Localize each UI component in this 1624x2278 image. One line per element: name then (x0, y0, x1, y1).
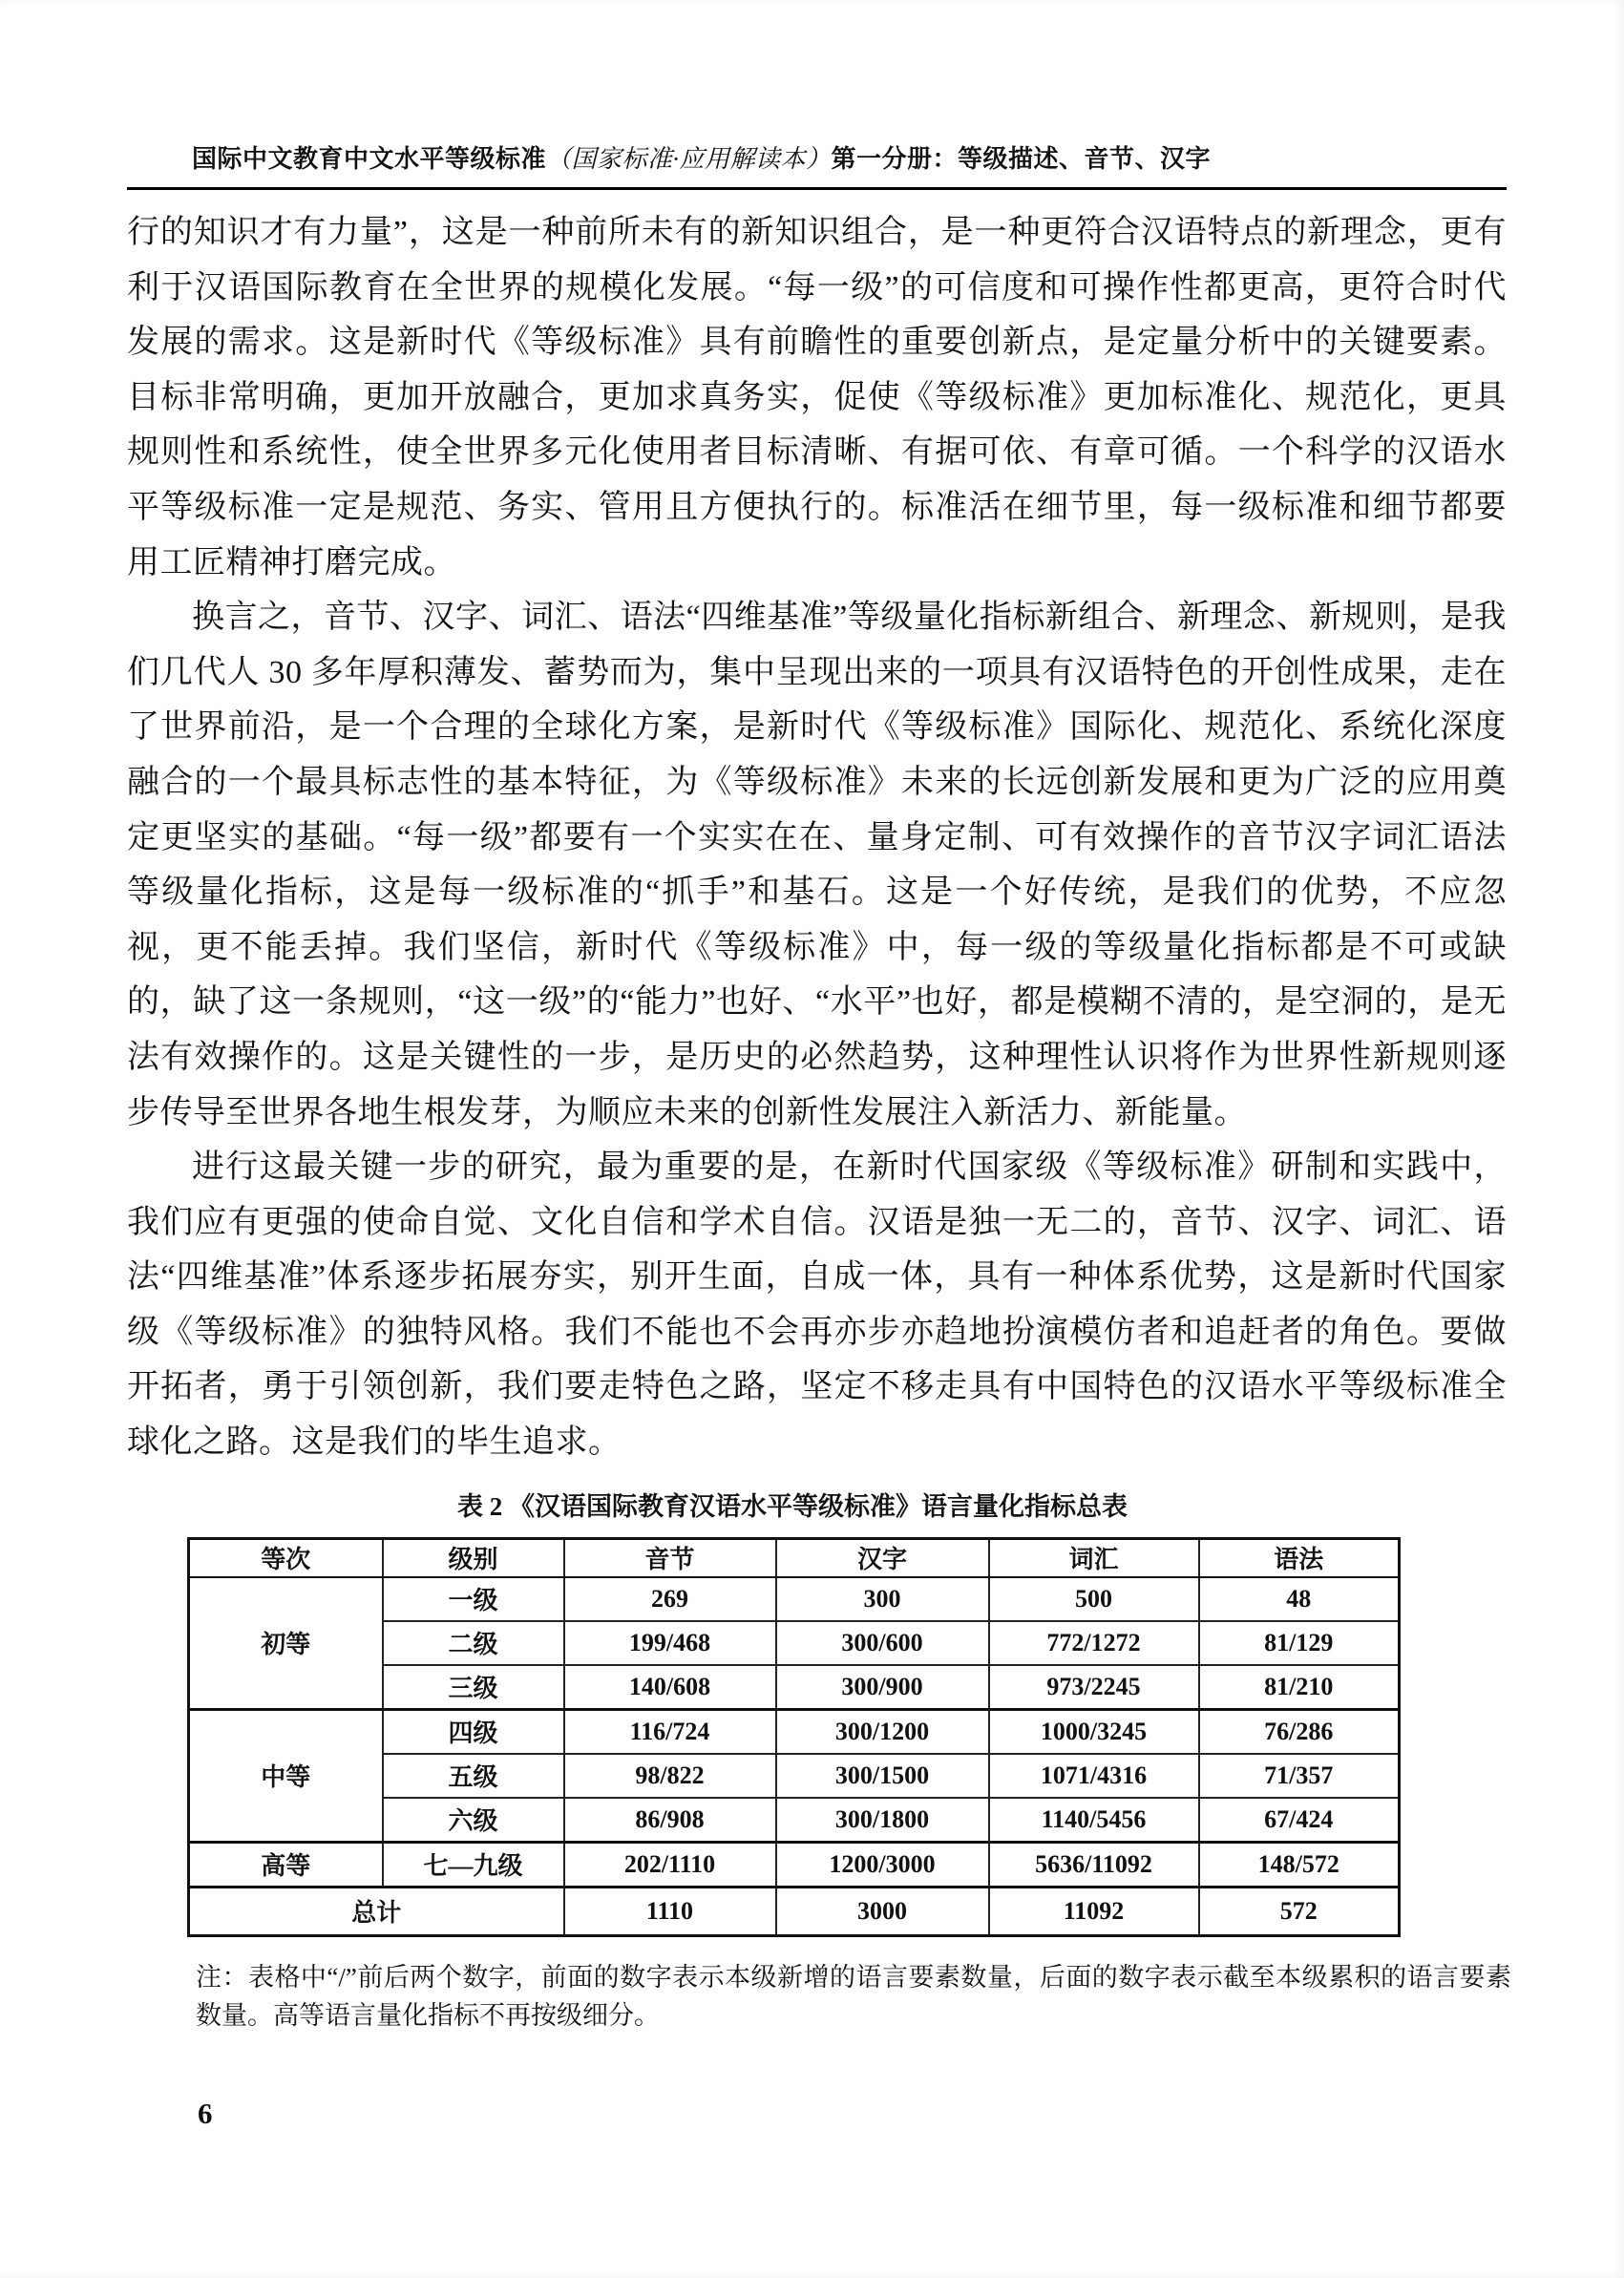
table-cell-characters: 300/1200 (776, 1709, 989, 1754)
table-cell-grammar: 71/357 (1199, 1754, 1400, 1798)
table-cell-words: 1140/5456 (989, 1798, 1199, 1843)
level-cell: 四级 (383, 1709, 564, 1754)
running-head-title-paren: （国家标准·应用解读本） (546, 145, 832, 173)
table-row-total: 总计 1110 3000 11092 572 (189, 1887, 1400, 1935)
level-cell: 五级 (383, 1754, 564, 1798)
table-cell-words: 973/2245 (989, 1665, 1199, 1710)
table-row-level1: 初等 一级 269 300 500 48 (189, 1577, 1400, 1621)
table-cell-syllables: 98/822 (564, 1754, 776, 1798)
table-cell-characters: 300/900 (776, 1665, 989, 1710)
body-paragraph-1: 行的知识才有力量”，这是一种前所未有的新知识组合，是一种更符合汉语特点的新理念，… (127, 205, 1507, 590)
table-cell-words: 772/1272 (989, 1621, 1199, 1665)
table-cell-grammar: 148/572 (1199, 1842, 1400, 1887)
body-paragraph-2: 换言之，音节、汉字、词汇、语法“四维基准”等级量化指标新组合、新理念、新规则，是… (127, 590, 1507, 1140)
table-cell-grammar: 81/210 (1199, 1665, 1400, 1710)
table-footnote: 注：表格中“/”前后两个数字，前面的数字表示本级新增的语言要素数量，后面的数字表… (196, 1958, 1511, 2035)
running-head: 国际中文教育中文水平等级标准（国家标准·应用解读本）第一分册：等级描述、音节、汉… (127, 143, 1507, 190)
table-cell-syllables: 269 (564, 1577, 776, 1621)
tier-cell-elementary: 初等 (189, 1577, 383, 1710)
table-cell-syllables: 199/468 (564, 1621, 776, 1665)
level-cell: 三级 (383, 1665, 564, 1710)
total-cell-characters: 3000 (776, 1887, 989, 1935)
table-cell-characters: 300/600 (776, 1621, 989, 1665)
level-cell: 一级 (383, 1577, 564, 1621)
table-row-level4: 中等 四级 116/724 300/1200 1000/3245 76/286 (189, 1709, 1400, 1754)
total-cell-words: 11092 (989, 1887, 1199, 1935)
body-text: 行的知识才有力量”，这是一种前所未有的新知识组合，是一种更符合汉语特点的新理念，… (127, 205, 1507, 1470)
table-cell-grammar: 76/286 (1199, 1709, 1400, 1754)
table-cell-characters: 1200/3000 (776, 1842, 989, 1887)
table-cell-words: 1071/4316 (989, 1754, 1199, 1798)
tier-cell-advanced: 高等 (189, 1842, 383, 1887)
table-cell-syllables: 86/908 (564, 1798, 776, 1843)
table-cell-words: 500 (989, 1577, 1199, 1621)
table-cell-syllables: 116/724 (564, 1709, 776, 1754)
table-cell-grammar: 81/129 (1199, 1621, 1400, 1665)
level-cell: 七—九级 (383, 1842, 564, 1887)
tier-cell-intermediate: 中等 (189, 1709, 383, 1842)
table-caption: 表 2 《汉语国际教育汉语水平等级标准》语言量化指标总表 (187, 1487, 1398, 1526)
body-paragraph-3: 进行这最关键一步的研究，最为重要的是，在新时代国家级《等级标准》研制和实践中，我… (127, 1140, 1507, 1470)
language-indicators-table: 等次 级别 音节 汉字 词汇 语法 初等 一级 269 300 500 48 二… (187, 1537, 1401, 1937)
total-label-cell: 总计 (189, 1887, 564, 1935)
col-header-syllables: 音节 (564, 1538, 776, 1577)
table-cell-grammar: 48 (1199, 1577, 1400, 1621)
page-number: 6 (198, 2097, 213, 2131)
col-header-level: 级别 (383, 1538, 564, 1577)
total-cell-syllables: 1110 (564, 1887, 776, 1935)
col-header-grammar: 语法 (1199, 1538, 1400, 1577)
col-header-tier: 等次 (189, 1538, 383, 1577)
col-header-characters: 汉字 (776, 1538, 989, 1577)
table-cell-grammar: 67/424 (1199, 1798, 1400, 1843)
level-cell: 六级 (383, 1798, 564, 1843)
col-header-words: 词汇 (989, 1538, 1199, 1577)
table-cell-syllables: 140/608 (564, 1665, 776, 1710)
total-cell-grammar: 572 (1199, 1887, 1400, 1935)
table-cell-characters: 300/1800 (776, 1798, 989, 1843)
document-page: 国际中文教育中文水平等级标准（国家标准·应用解读本）第一分册：等级描述、音节、汉… (0, 0, 1624, 2278)
table-cell-characters: 300 (776, 1577, 989, 1621)
table-cell-syllables: 202/1110 (564, 1842, 776, 1887)
table-cell-words: 5636/11092 (989, 1842, 1199, 1887)
table-cell-characters: 300/1500 (776, 1754, 989, 1798)
running-head-title-main: 国际中文教育中文水平等级标准 (192, 145, 546, 173)
table-cell-words: 1000/3245 (989, 1709, 1199, 1754)
table-row-level7-9: 高等 七—九级 202/1110 1200/3000 5636/11092 14… (189, 1842, 1400, 1887)
level-cell: 二级 (383, 1621, 564, 1665)
table-header-row: 等次 级别 音节 汉字 词汇 语法 (189, 1538, 1400, 1577)
running-head-title-rest: 第一分册：等级描述、音节、汉字 (832, 145, 1212, 173)
